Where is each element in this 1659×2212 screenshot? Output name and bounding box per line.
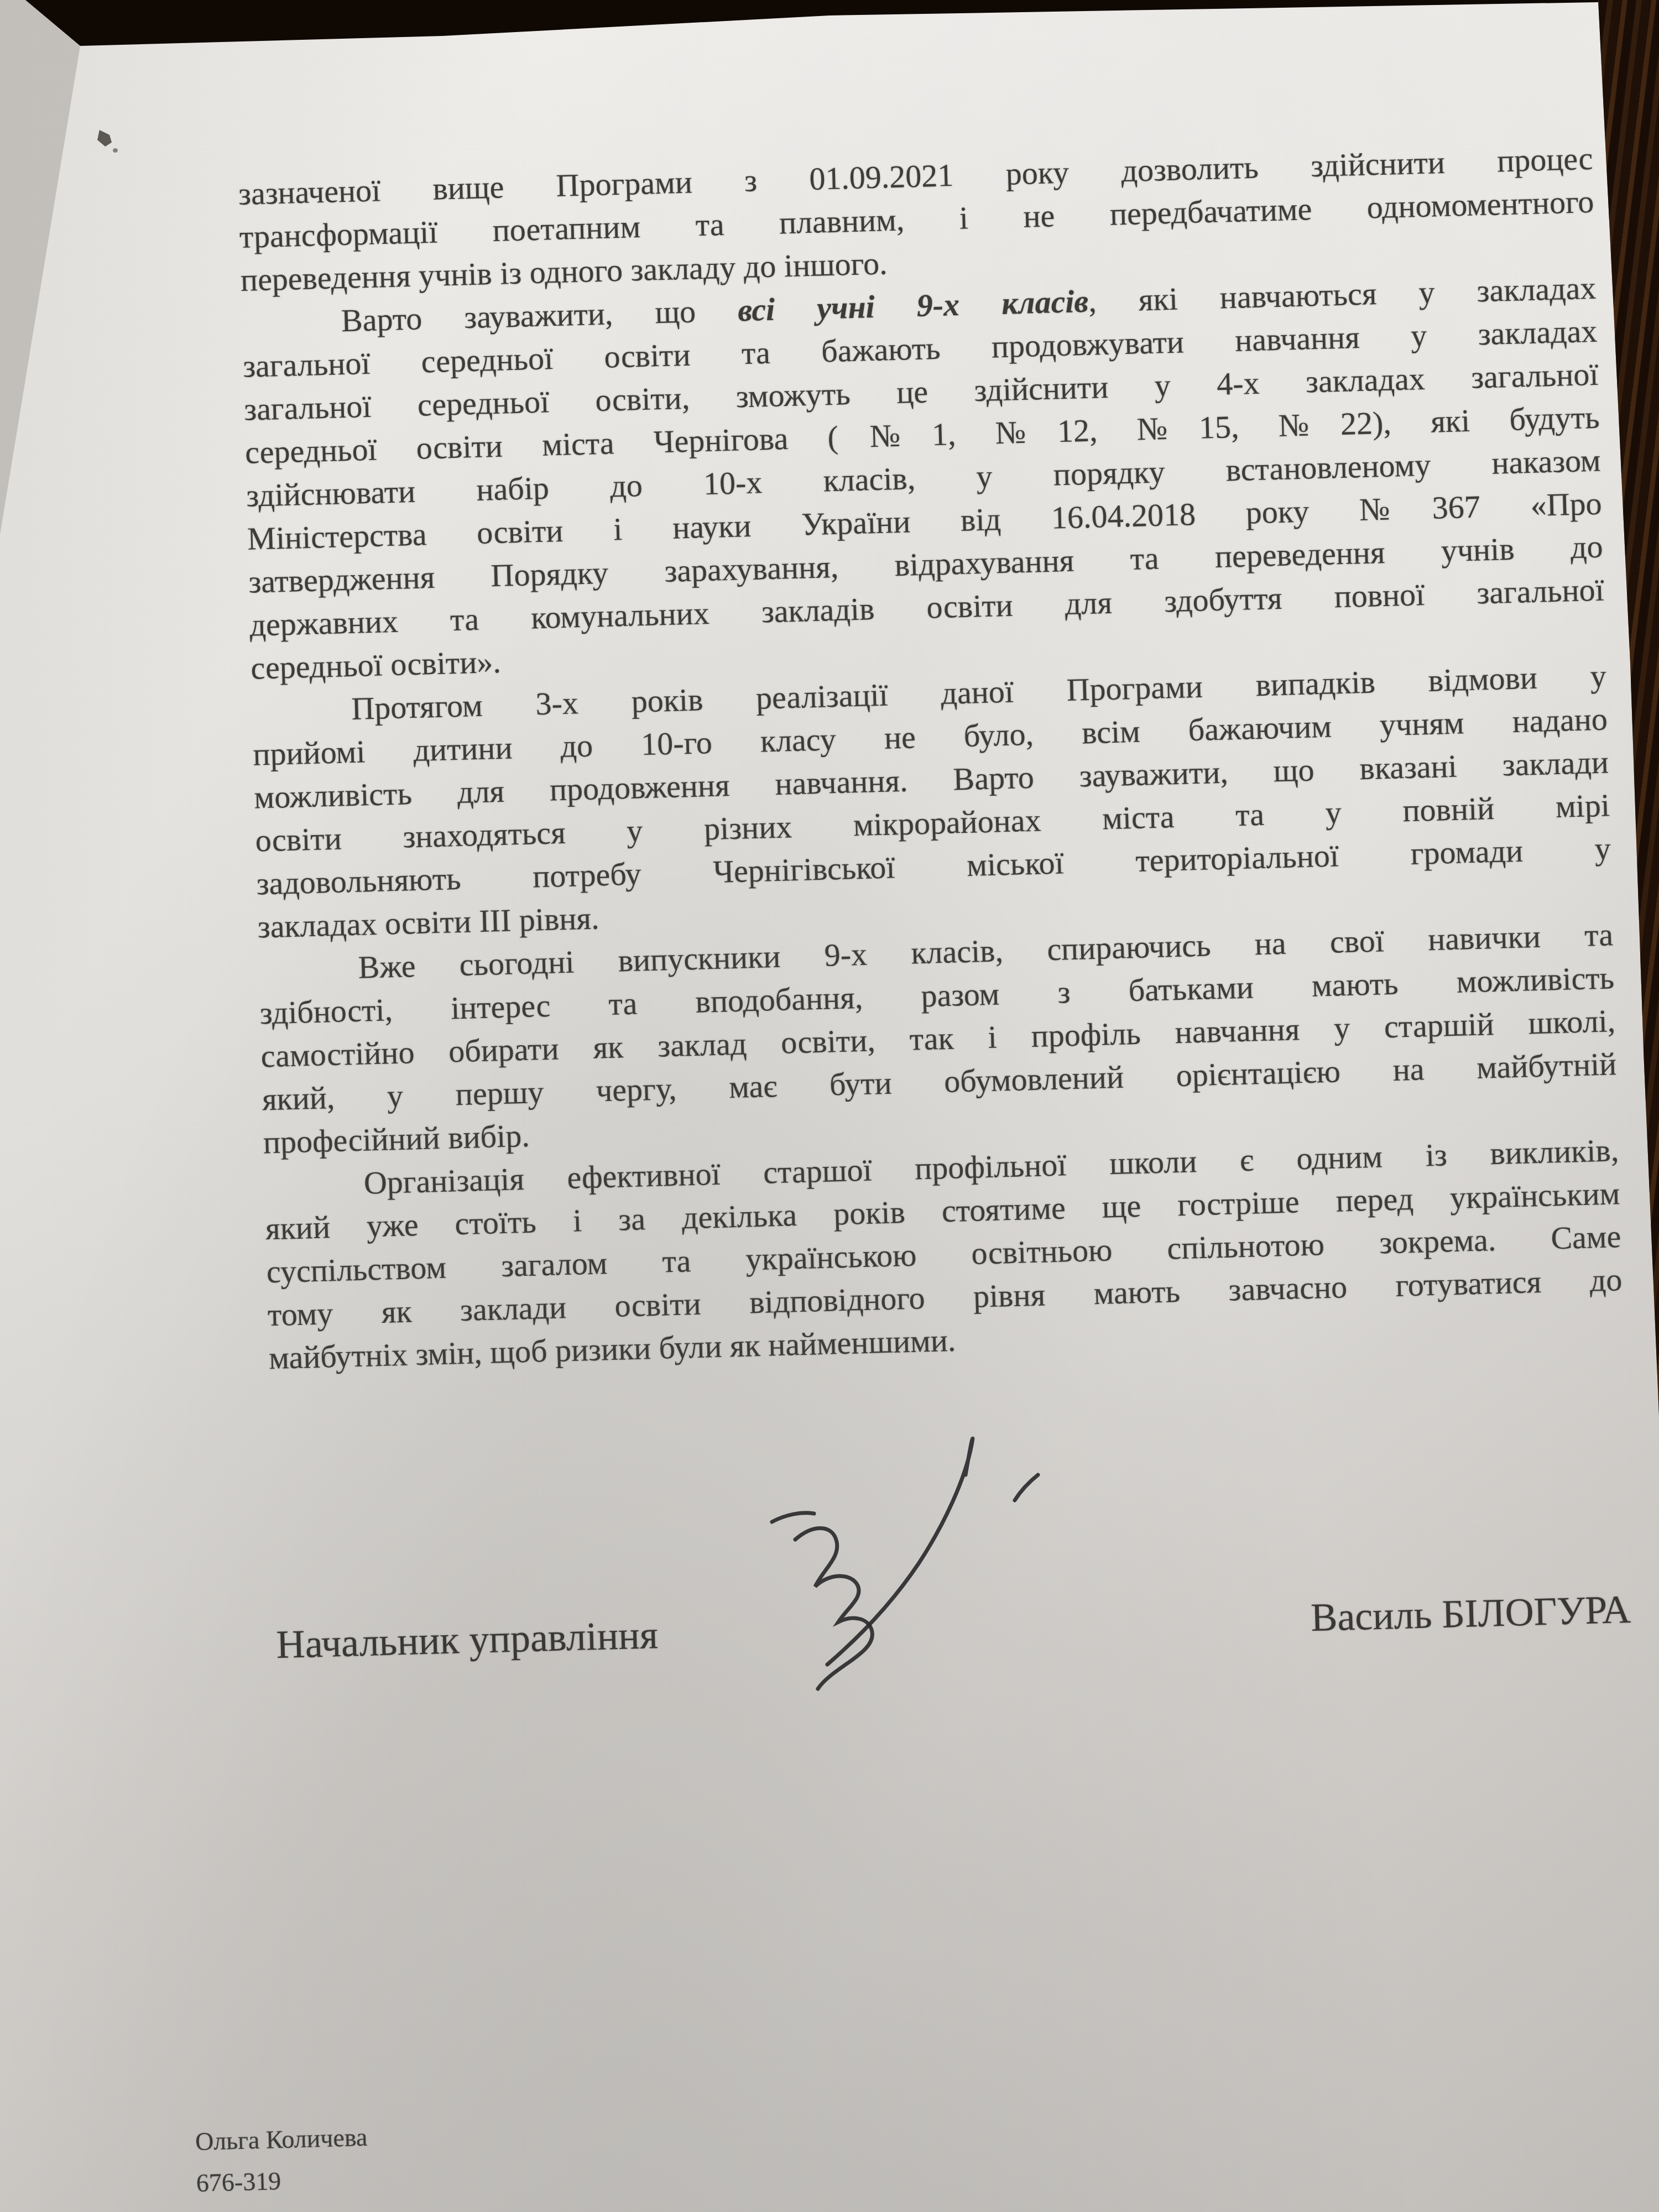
signature-stroke xyxy=(827,1438,973,1665)
signature-stroke xyxy=(772,1513,814,1522)
handwritten-signature xyxy=(0,0,1659,2212)
photographed-document: зазначеної вище Програми з 01.09.2021 ро… xyxy=(0,0,1659,2212)
signature-stroke xyxy=(1015,1475,1038,1500)
executor-footer: Ольга Количева 676-319 xyxy=(195,2116,369,2204)
signature-stroke xyxy=(795,1528,872,1689)
executor-phone: 676-319 xyxy=(196,2158,369,2204)
executor-name: Ольга Количева xyxy=(195,2116,368,2162)
